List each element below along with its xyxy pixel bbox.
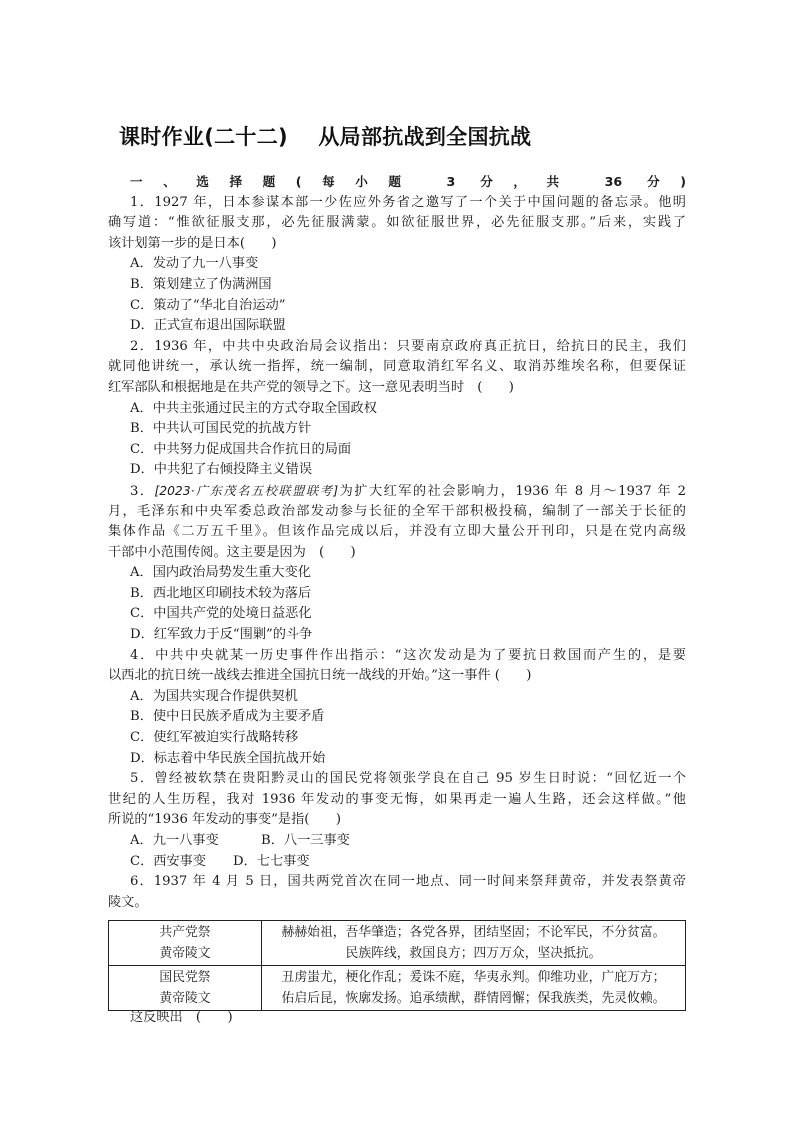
question-3: 3．[2023·广东茂名五校联盟联考]为扩大红军的社会影响力，1936 年 8 … xyxy=(108,481,686,646)
table-cell-party: 共产党祭 黄帝陵文 xyxy=(109,921,262,966)
question-stem-line: 红军部队和根据地是在共产党的领导之下。这一意见表明当时 ( ) xyxy=(108,378,686,399)
option-c[interactable]: C．使红军被迫实行战略转移 xyxy=(108,728,686,749)
table-cell-eulogy: 赫赫始祖，吾华肇造；各党各界，团结坚固；不论军民，不分贫富。 民族阵线，救国良方… xyxy=(262,921,686,966)
option-d[interactable]: D．正式宣布退出国际联盟 xyxy=(108,316,686,337)
option-c[interactable]: C．策动了“华北自治运动” xyxy=(108,296,686,317)
option-c[interactable]: C．西安事变 xyxy=(130,852,233,873)
table-cell-party: 国民党祭 黄帝陵文 xyxy=(109,966,262,1011)
option-b[interactable]: B．使中日民族矛盾成为主要矛盾 xyxy=(108,707,686,728)
option-b[interactable]: B．中共认可国民党的抗战方针 xyxy=(108,419,686,440)
option-a[interactable]: A．国内政治局势发生重大变化 xyxy=(108,563,686,584)
question-body: 一、选择题(每小题 3 分，共 36 分) 1．1927 年，日本参谋本部一少佐… xyxy=(108,172,686,913)
option-a[interactable]: A．发动了九一八事变 xyxy=(108,254,686,275)
question-stem-line: 1．1927 年，日本参谋本部一少佐应外务省之邀写了一个关于中国问题的备忘录。他… xyxy=(108,193,686,214)
table-cell-eulogy: 丑虏蚩尤，梗化作乱；爰诛不庭，华夷永判。仰维功业，广庇万方； 佑启后昆，恢廓发扬… xyxy=(262,966,686,1011)
question-source: [2023·广东茂名五校联盟联考] xyxy=(154,484,338,498)
option-d[interactable]: D．标志着中华民族全国抗战开始 xyxy=(108,749,686,770)
question-stem-line: 以西北的抗日统一战线去推进全国抗日统一战线的开始。”这一事件 ( ) xyxy=(108,666,686,687)
option-d[interactable]: D．中共犯了右倾投降主义错误 xyxy=(108,460,686,481)
eulogy-line: 佑启后昆，恢廓发扬。追承绩猷，群情罔懈；保我族类，先灵攸赖。 xyxy=(268,988,679,1009)
question-6-stem-after: 这反映出 ( ) xyxy=(130,1008,233,1029)
option-a[interactable]: A．为国共实现合作提供契机 xyxy=(108,687,686,708)
question-1: 1．1927 年，日本参谋本部一少佐应外务省之邀写了一个关于中国问题的备忘录。他… xyxy=(108,193,686,337)
question-2: 2．1936 年，中共中央政治局会议指出：只要南京政府真正抗日，给抗日的民主，我… xyxy=(108,337,686,481)
question-stem-line: 确写道：“惟欲征服支那，必先征服满蒙。如欲征服世界，必先征服支那。”后来，实践了 xyxy=(108,213,686,234)
question-stem-line: 世纪的人生历程，我对 1936 年发动的事变无悔，如果再走一遍人生路，还会这样做… xyxy=(108,790,686,811)
option-d[interactable]: D．红军致力于反“围剿”的斗争 xyxy=(108,625,686,646)
option-c[interactable]: C．中共努力促成国共合作抗日的局面 xyxy=(108,440,686,461)
party-label: 黄帝陵文 xyxy=(115,943,255,964)
option-b[interactable]: B．策划建立了伪满洲国 xyxy=(108,275,686,296)
question-6: 6．1937 年 4 月 5 日，国共两党首次在同一地点、同一时间来祭拜黄帝，并… xyxy=(108,872,686,913)
eulogy-line: 赫赫始祖，吾华肇造；各党各界，团结坚固；不论军民，不分贫富。 xyxy=(268,922,679,943)
option-row: A．九一八事变B．八一三事变 xyxy=(108,831,686,852)
option-b[interactable]: B．西北地区印刷技术较为落后 xyxy=(108,584,686,605)
option-a[interactable]: A．九一八事变 xyxy=(130,831,261,852)
question-stem-line: 该计划第一步的是日本( ) xyxy=(108,234,686,255)
worksheet-page: 课时作业(二十二) 从局部抗战到全国抗战 一、选择题(每小题 3 分，共 36 … xyxy=(0,0,793,1122)
question-stem-line: 干部中小范围传阅。这主要是因为 ( ) xyxy=(108,543,686,564)
section-heading: 一、选择题(每小题 3 分，共 36 分) xyxy=(108,172,686,193)
table-row: 国民党祭 黄帝陵文 丑虏蚩尤，梗化作乱；爰诛不庭，华夷永判。仰维功业，广庇万方；… xyxy=(109,966,686,1011)
question-stem-line: 月，毛泽东和中央军委总政治部发动参与长征的全军干部积极投稿，编制了一部关于长征的 xyxy=(108,502,686,523)
question-4: 4．中共中央就某一历史事件作出指示：“这次发动是为了要抗日救国而产生的，是要 以… xyxy=(108,646,686,770)
question-stem-text: 为扩大红军的社会影响力，1936 年 8 月～1937 年 2 xyxy=(338,484,686,499)
question-stem-line: 就同他讲统一，承认统一指挥，统一编制，同意取消红军名义、取消苏维埃名称，但要保证 xyxy=(108,357,686,378)
question-5: 5．曾经被软禁在贵阳黔灵山的国民党将领张学良在自己 95 岁生日时说：“回忆近一… xyxy=(108,769,686,872)
page-title: 课时作业(二十二) 从局部抗战到全国抗战 xyxy=(119,121,531,151)
party-label: 共产党祭 xyxy=(115,922,255,943)
eulogy-comparison-table: 共产党祭 黄帝陵文 赫赫始祖，吾华肇造；各党各界，团结坚固；不论军民，不分贫富。… xyxy=(108,920,686,1011)
question-stem-line: 4．中共中央就某一历史事件作出指示：“这次发动是为了要抗日救国而产生的，是要 xyxy=(108,646,686,667)
question-stem-line: 5．曾经被软禁在贵阳黔灵山的国民党将领张学良在自己 95 岁生日时说：“回忆近一… xyxy=(108,769,686,790)
question-stem-line: 3．[2023·广东茂名五校联盟联考]为扩大红军的社会影响力，1936 年 8 … xyxy=(108,481,686,502)
option-d[interactable]: D．七七事变 xyxy=(233,854,310,869)
question-stem-line: 所说的“1936 年发动的事变”是指( ) xyxy=(108,810,686,831)
option-b[interactable]: B．八一三事变 xyxy=(261,833,350,848)
eulogy-line: 丑虏蚩尤，梗化作乱；爰诛不庭，华夷永判。仰维功业，广庇万方； xyxy=(268,967,679,988)
party-label: 黄帝陵文 xyxy=(115,988,255,1009)
option-c[interactable]: C．中国共产党的处境日益恶化 xyxy=(108,604,686,625)
party-label: 国民党祭 xyxy=(115,967,255,988)
option-row: C．西安事变D．七七事变 xyxy=(108,852,686,873)
question-stem-line: 集体作品《二万五千里》。但该作品完成以后，并没有立即大量公开刊印，只是在党内高级 xyxy=(108,522,686,543)
question-stem-line: 陵文。 xyxy=(108,893,686,914)
table-row: 共产党祭 黄帝陵文 赫赫始祖，吾华肇造；各党各界，团结坚固；不论军民，不分贫富。… xyxy=(109,921,686,966)
option-a[interactable]: A．中共主张通过民主的方式夺取全国政权 xyxy=(108,399,686,420)
eulogy-line: 民族阵线，救国良方；四万万众，坚决抵抗。 xyxy=(268,943,679,964)
question-stem-line: 2．1936 年，中共中央政治局会议指出：只要南京政府真正抗日，给抗日的民主，我… xyxy=(108,337,686,358)
question-number: 3． xyxy=(130,484,154,499)
question-stem-line: 6．1937 年 4 月 5 日，国共两党首次在同一地点、同一时间来祭拜黄帝，并… xyxy=(108,872,686,893)
